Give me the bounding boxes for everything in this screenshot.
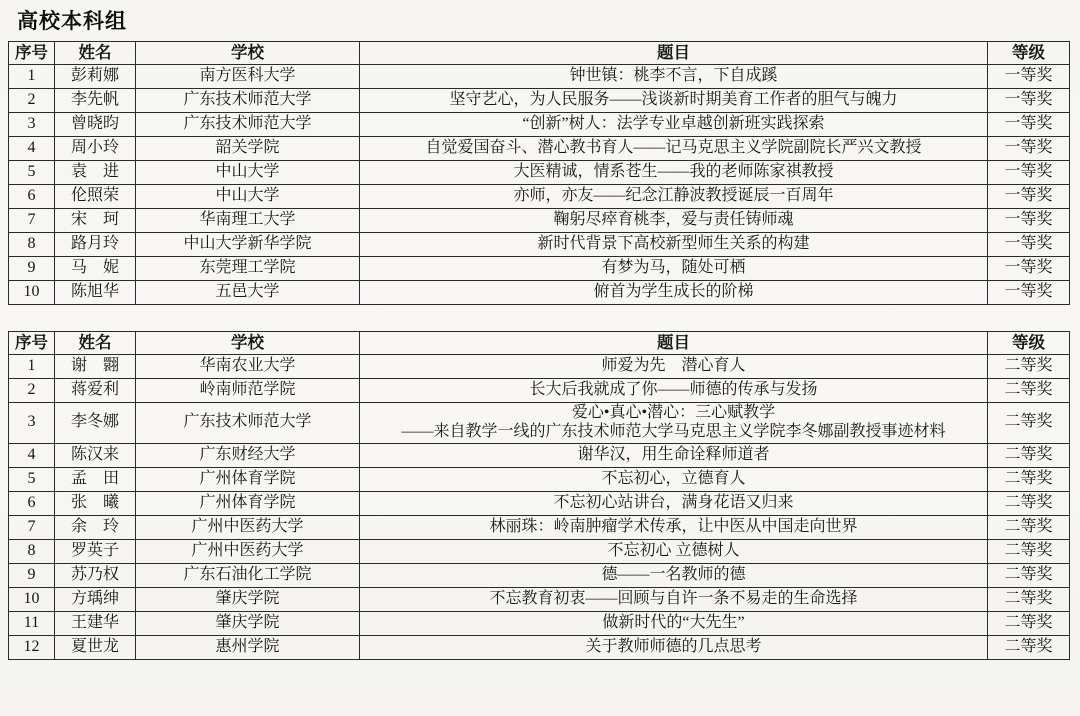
table-row: 9 马 妮 东莞理工学院 有梦为马，随处可栖 一等奖 bbox=[9, 257, 1070, 281]
column-header-name: 姓名 bbox=[55, 332, 136, 355]
cell-serial-number: 1 bbox=[9, 355, 55, 379]
table-row: 8 路月玲 中山大学新华学院 新时代背景下高校新型师生关系的构建 一等奖 bbox=[9, 233, 1070, 257]
cell-essay-title: 鞠躬尽瘁育桃李，爱与责任铸师魂 bbox=[360, 209, 988, 233]
table-row: 3 曾晓昀 广东技术师范大学 “创新”树人：法学专业卓越创新班实践探索 一等奖 bbox=[9, 113, 1070, 137]
cell-person-name: 马 妮 bbox=[55, 257, 136, 281]
cell-person-name: 夏世龙 bbox=[55, 635, 136, 659]
table-row: 1 彭莉娜 南方医科大学 钟世镇：桃李不言，下自成蹊 一等奖 bbox=[9, 65, 1070, 89]
cell-school: 广东财经大学 bbox=[136, 443, 360, 467]
cell-person-name: 路月玲 bbox=[55, 233, 136, 257]
cell-school: 中山大学 bbox=[136, 185, 360, 209]
cell-serial-number: 6 bbox=[9, 185, 55, 209]
table-row: 6 伦照荣 中山大学 亦师，亦友——纪念江静波教授诞辰一百周年 一等奖 bbox=[9, 185, 1070, 209]
cell-school: 中山大学 bbox=[136, 161, 360, 185]
cell-award-level: 一等奖 bbox=[988, 257, 1070, 281]
cell-school: 广东技术师范大学 bbox=[136, 403, 360, 444]
table-row: 6 张 曦 广州体育学院 不忘初心站讲台，满身花语又归来 二等奖 bbox=[9, 491, 1070, 515]
cell-essay-title: 不忘初心 立德树人 bbox=[360, 539, 988, 563]
column-header-name: 姓名 bbox=[55, 42, 136, 65]
cell-person-name: 宋 珂 bbox=[55, 209, 136, 233]
column-header-school: 学校 bbox=[136, 332, 360, 355]
table-header-row: 序号 姓名 学校 题目 等级 bbox=[9, 42, 1070, 65]
cell-essay-title: 大医精诚，情系苍生——我的老师陈家祺教授 bbox=[360, 161, 988, 185]
cell-school: 广东技术师范大学 bbox=[136, 113, 360, 137]
cell-person-name: 谢 翾 bbox=[55, 355, 136, 379]
column-header-award: 等级 bbox=[988, 332, 1070, 355]
cell-serial-number: 2 bbox=[9, 89, 55, 113]
cell-serial-number: 9 bbox=[9, 257, 55, 281]
cell-person-name: 张 曦 bbox=[55, 491, 136, 515]
cell-school: 东莞理工学院 bbox=[136, 257, 360, 281]
cell-school: 广州体育学院 bbox=[136, 491, 360, 515]
cell-award-level: 二等奖 bbox=[988, 403, 1070, 444]
cell-person-name: 孟 田 bbox=[55, 467, 136, 491]
cell-essay-title: 俯首为学生成长的阶梯 bbox=[360, 281, 988, 305]
cell-person-name: 蒋爱利 bbox=[55, 379, 136, 403]
cell-school: 五邑大学 bbox=[136, 281, 360, 305]
table-row: 7 宋 珂 华南理工大学 鞠躬尽瘁育桃李，爱与责任铸师魂 一等奖 bbox=[9, 209, 1070, 233]
cell-school: 华南农业大学 bbox=[136, 355, 360, 379]
cell-award-level: 一等奖 bbox=[988, 281, 1070, 305]
cell-school: 广州中医药大学 bbox=[136, 539, 360, 563]
cell-person-name: 李冬娜 bbox=[55, 403, 136, 444]
cell-serial-number: 10 bbox=[9, 587, 55, 611]
cell-person-name: 苏乃权 bbox=[55, 563, 136, 587]
cell-essay-title: 林丽珠：岭南肿瘤学术传承，让中医从中国走向世界 bbox=[360, 515, 988, 539]
cell-school: 肇庆学院 bbox=[136, 587, 360, 611]
cell-award-level: 二等奖 bbox=[988, 635, 1070, 659]
cell-essay-title: 爱心•真心•潜心：三心赋教学 ——来自教学一线的广东技术师范大学马克思主义学院李… bbox=[360, 403, 988, 444]
cell-essay-title: 做新时代的“大先生” bbox=[360, 611, 988, 635]
cell-school: 南方医科大学 bbox=[136, 65, 360, 89]
cell-person-name: 罗英子 bbox=[55, 539, 136, 563]
table-row: 4 周小玲 韶关学院 自觉爱国奋斗、潜心教书育人——记马克思主义学院副院长严兴文… bbox=[9, 137, 1070, 161]
cell-school: 韶关学院 bbox=[136, 137, 360, 161]
table-row: 9 苏乃权 广东石油化工学院 德——一名教师的德 二等奖 bbox=[9, 563, 1070, 587]
cell-essay-title: 自觉爱国奋斗、潜心教书育人——记马克思主义学院副院长严兴文教授 bbox=[360, 137, 988, 161]
cell-person-name: 陈汉来 bbox=[55, 443, 136, 467]
cell-award-level: 二等奖 bbox=[988, 563, 1070, 587]
table-row: 1 谢 翾 华南农业大学 师爱为先 潜心育人 二等奖 bbox=[9, 355, 1070, 379]
cell-person-name: 李先帆 bbox=[55, 89, 136, 113]
cell-essay-title: 不忘初心，立德育人 bbox=[360, 467, 988, 491]
table-row: 4 陈汉来 广东财经大学 谢华汉，用生命诠释师道者 二等奖 bbox=[9, 443, 1070, 467]
cell-award-level: 二等奖 bbox=[988, 379, 1070, 403]
cell-award-level: 二等奖 bbox=[988, 491, 1070, 515]
cell-school: 华南理工大学 bbox=[136, 209, 360, 233]
award-table-second-prize: 序号 姓名 学校 题目 等级 1 谢 翾 华南农业大学 师爱为先 潜心育人 二等… bbox=[8, 331, 1070, 660]
column-header-no: 序号 bbox=[9, 332, 55, 355]
cell-school: 肇庆学院 bbox=[136, 611, 360, 635]
cell-serial-number: 3 bbox=[9, 113, 55, 137]
table-header-row: 序号 姓名 学校 题目 等级 bbox=[9, 332, 1070, 355]
cell-award-level: 一等奖 bbox=[988, 209, 1070, 233]
column-header-school: 学校 bbox=[136, 42, 360, 65]
table-row: 3 李冬娜 广东技术师范大学 爱心•真心•潜心：三心赋教学 ——来自教学一线的广… bbox=[9, 403, 1070, 444]
cell-person-name: 余 玲 bbox=[55, 515, 136, 539]
table-row: 5 孟 田 广州体育学院 不忘初心，立德育人 二等奖 bbox=[9, 467, 1070, 491]
cell-essay-title: 新时代背景下高校新型师生关系的构建 bbox=[360, 233, 988, 257]
cell-essay-title: 德——一名教师的德 bbox=[360, 563, 988, 587]
cell-person-name: 周小玲 bbox=[55, 137, 136, 161]
column-header-title: 题目 bbox=[360, 332, 988, 355]
cell-serial-number: 7 bbox=[9, 209, 55, 233]
cell-serial-number: 4 bbox=[9, 443, 55, 467]
cell-essay-title: 不忘教育初衷——回顾与自许一条不易走的生命选择 bbox=[360, 587, 988, 611]
table-row: 7 余 玲 广州中医药大学 林丽珠：岭南肿瘤学术传承，让中医从中国走向世界 二等… bbox=[9, 515, 1070, 539]
page-title: 高校本科组 bbox=[17, 5, 1071, 35]
table-row: 11 王建华 肇庆学院 做新时代的“大先生” 二等奖 bbox=[9, 611, 1070, 635]
cell-award-level: 一等奖 bbox=[988, 113, 1070, 137]
document-page: 高校本科组 序号 姓名 学校 题目 等级 1 彭莉娜 南方医科大学 钟世镇：桃李… bbox=[0, 0, 1080, 660]
table-row: 10 陈旭华 五邑大学 俯首为学生成长的阶梯 一等奖 bbox=[9, 281, 1070, 305]
cell-award-level: 二等奖 bbox=[988, 611, 1070, 635]
table-row: 12 夏世龙 惠州学院 关于教师师德的几点思考 二等奖 bbox=[9, 635, 1070, 659]
cell-essay-title: 谢华汉，用生命诠释师道者 bbox=[360, 443, 988, 467]
cell-person-name: 伦照荣 bbox=[55, 185, 136, 209]
cell-serial-number: 6 bbox=[9, 491, 55, 515]
cell-award-level: 二等奖 bbox=[988, 539, 1070, 563]
cell-serial-number: 12 bbox=[9, 635, 55, 659]
cell-serial-number: 5 bbox=[9, 161, 55, 185]
cell-serial-number: 11 bbox=[9, 611, 55, 635]
cell-essay-title: “创新”树人：法学专业卓越创新班实践探索 bbox=[360, 113, 988, 137]
table-row: 2 蒋爱利 岭南师范学院 长大后我就成了你——师德的传承与发扬 二等奖 bbox=[9, 379, 1070, 403]
column-header-award: 等级 bbox=[988, 42, 1070, 65]
cell-essay-title: 不忘初心站讲台，满身花语又归来 bbox=[360, 491, 988, 515]
cell-essay-title: 关于教师师德的几点思考 bbox=[360, 635, 988, 659]
cell-person-name: 王建华 bbox=[55, 611, 136, 635]
cell-person-name: 陈旭华 bbox=[55, 281, 136, 305]
cell-essay-title: 坚守艺心，为人民服务——浅谈新时期美育工作者的胆气与魄力 bbox=[360, 89, 988, 113]
cell-award-level: 一等奖 bbox=[988, 161, 1070, 185]
table-row: 2 李先帆 广东技术师范大学 坚守艺心，为人民服务——浅谈新时期美育工作者的胆气… bbox=[9, 89, 1070, 113]
cell-school: 广东石油化工学院 bbox=[136, 563, 360, 587]
cell-award-level: 二等奖 bbox=[988, 587, 1070, 611]
cell-serial-number: 8 bbox=[9, 233, 55, 257]
cell-person-name: 方瑀绅 bbox=[55, 587, 136, 611]
column-header-title: 题目 bbox=[360, 42, 988, 65]
cell-person-name: 彭莉娜 bbox=[55, 65, 136, 89]
cell-award-level: 一等奖 bbox=[988, 233, 1070, 257]
cell-essay-title: 师爱为先 潜心育人 bbox=[360, 355, 988, 379]
cell-serial-number: 3 bbox=[9, 403, 55, 444]
cell-serial-number: 10 bbox=[9, 281, 55, 305]
award-table-first-prize: 序号 姓名 学校 题目 等级 1 彭莉娜 南方医科大学 钟世镇：桃李不言，下自成… bbox=[8, 41, 1070, 305]
cell-award-level: 一等奖 bbox=[988, 185, 1070, 209]
cell-serial-number: 2 bbox=[9, 379, 55, 403]
cell-person-name: 袁 进 bbox=[55, 161, 136, 185]
cell-school: 惠州学院 bbox=[136, 635, 360, 659]
cell-serial-number: 4 bbox=[9, 137, 55, 161]
cell-award-level: 一等奖 bbox=[988, 89, 1070, 113]
column-header-no: 序号 bbox=[9, 42, 55, 65]
cell-award-level: 一等奖 bbox=[988, 65, 1070, 89]
cell-award-level: 二等奖 bbox=[988, 443, 1070, 467]
cell-school: 中山大学新华学院 bbox=[136, 233, 360, 257]
table-row: 10 方瑀绅 肇庆学院 不忘教育初衷——回顾与自许一条不易走的生命选择 二等奖 bbox=[9, 587, 1070, 611]
cell-school: 广州中医药大学 bbox=[136, 515, 360, 539]
cell-award-level: 二等奖 bbox=[988, 467, 1070, 491]
cell-school: 岭南师范学院 bbox=[136, 379, 360, 403]
cell-serial-number: 9 bbox=[9, 563, 55, 587]
cell-award-level: 二等奖 bbox=[988, 515, 1070, 539]
cell-serial-number: 1 bbox=[9, 65, 55, 89]
cell-school: 广东技术师范大学 bbox=[136, 89, 360, 113]
table-row: 5 袁 进 中山大学 大医精诚，情系苍生——我的老师陈家祺教授 一等奖 bbox=[9, 161, 1070, 185]
cell-school: 广州体育学院 bbox=[136, 467, 360, 491]
table-row: 8 罗英子 广州中医药大学 不忘初心 立德树人 二等奖 bbox=[9, 539, 1070, 563]
cell-essay-title: 钟世镇：桃李不言，下自成蹊 bbox=[360, 65, 988, 89]
cell-essay-title: 亦师，亦友——纪念江静波教授诞辰一百周年 bbox=[360, 185, 988, 209]
cell-serial-number: 5 bbox=[9, 467, 55, 491]
cell-award-level: 一等奖 bbox=[988, 137, 1070, 161]
cell-serial-number: 7 bbox=[9, 515, 55, 539]
cell-person-name: 曾晓昀 bbox=[55, 113, 136, 137]
cell-essay-title: 有梦为马，随处可栖 bbox=[360, 257, 988, 281]
cell-award-level: 二等奖 bbox=[988, 355, 1070, 379]
cell-essay-title: 长大后我就成了你——师德的传承与发扬 bbox=[360, 379, 988, 403]
cell-serial-number: 8 bbox=[9, 539, 55, 563]
